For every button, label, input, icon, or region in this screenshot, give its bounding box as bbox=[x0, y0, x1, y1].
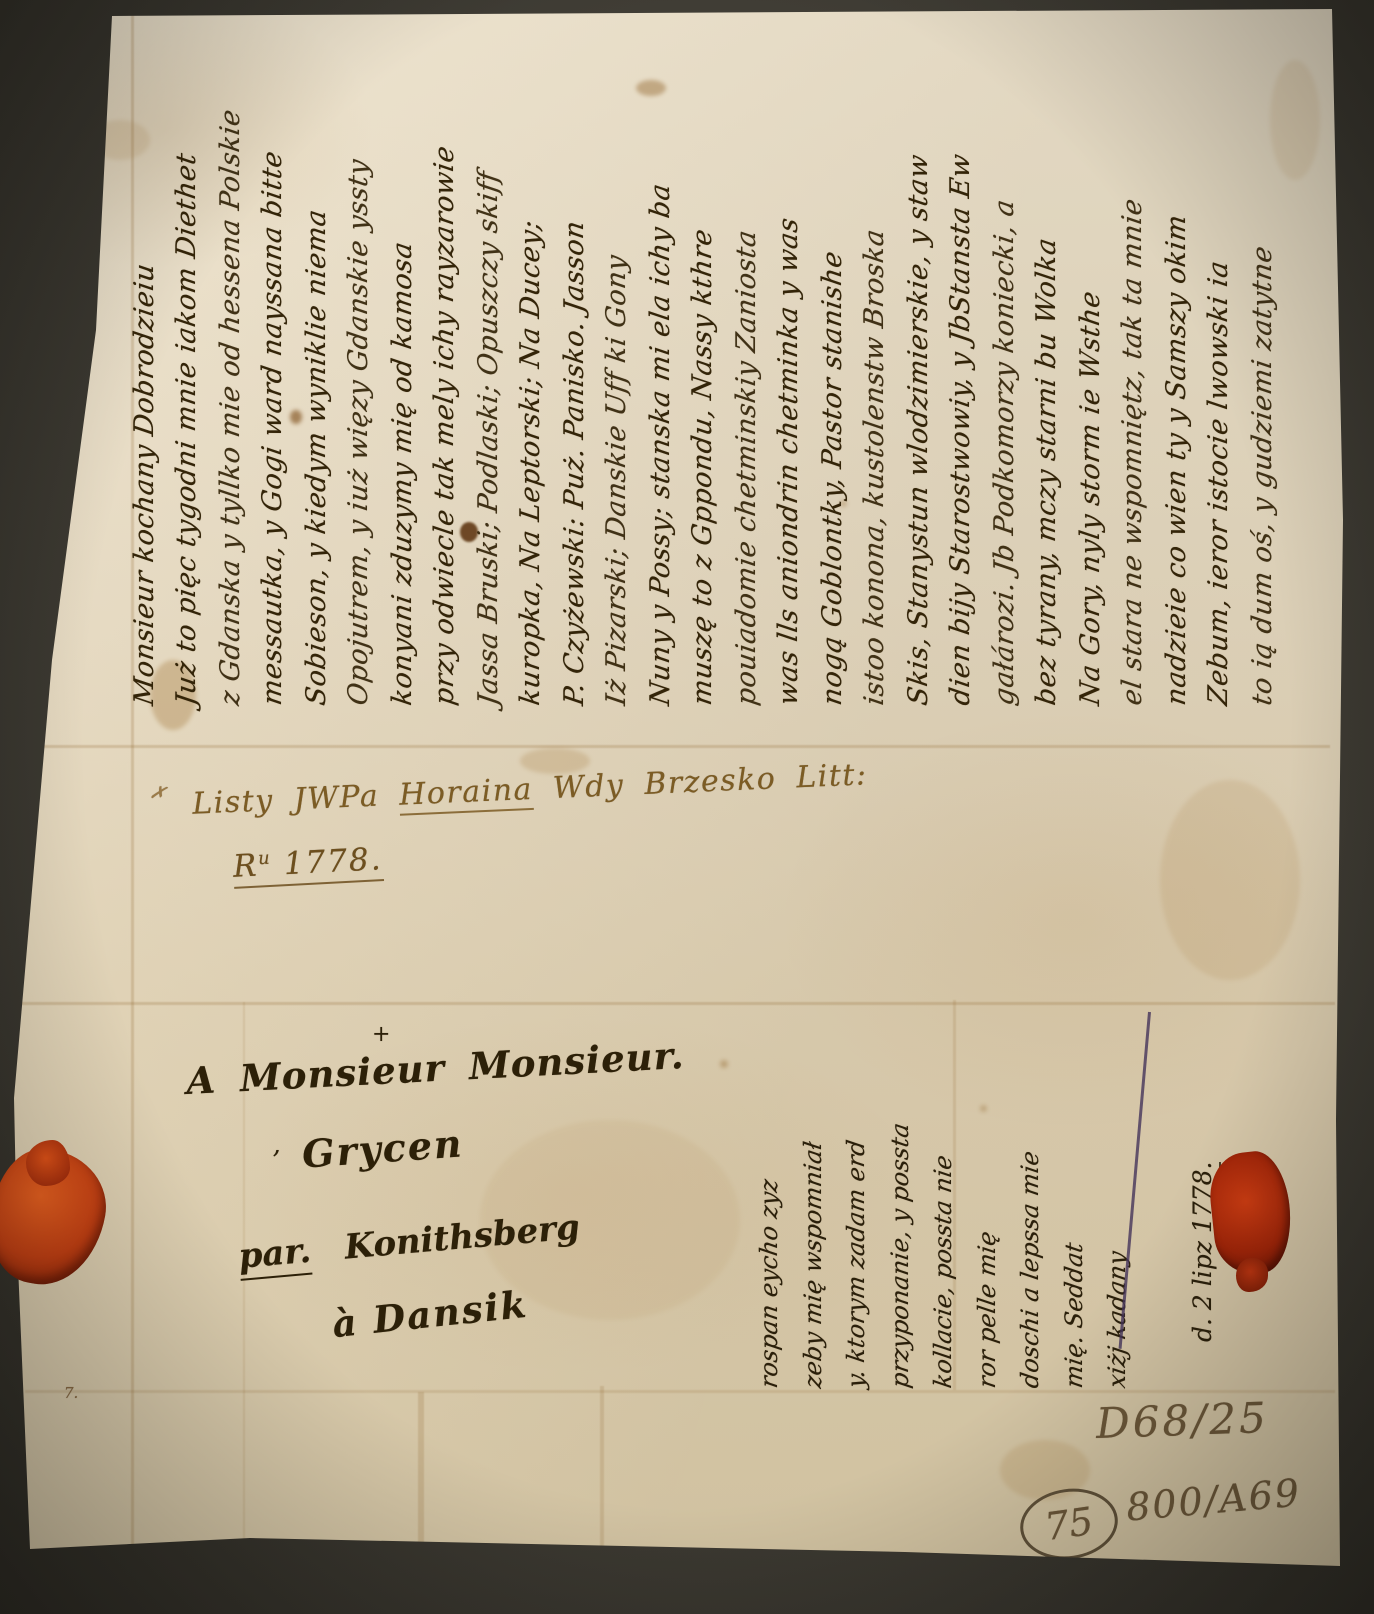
letter-paper: Monsieur kochany DobrodzieiuJuż to pięc … bbox=[0, 0, 1374, 1614]
main-text-block: Monsieur kochany DobrodzieiuJuż to pięc … bbox=[122, 13, 1285, 705]
address-par-label: par. bbox=[237, 1231, 313, 1281]
handwritten-line: Nuny y Possy; stanska mi ela ichy ba bbox=[639, 10, 682, 708]
fold-crease-streak bbox=[600, 1386, 604, 1561]
handwritten-line: przy odwiecle tak mely ichy rayzarowie bbox=[423, 10, 466, 708]
fold-crease-streak bbox=[418, 1392, 424, 1552]
handwritten-line: gałározi. Jb Podkomorzy koniecki, a bbox=[983, 10, 1026, 708]
handwritten-line: nadzieie co wien ty y Samszy okim bbox=[1155, 10, 1198, 708]
handwritten-line: kuropka, Na Leptorski; Na Ducey; bbox=[509, 10, 552, 708]
handwritten-line: z Gdanska y tyllko mie od hessena Polski… bbox=[209, 10, 252, 708]
stain bbox=[1160, 780, 1300, 980]
handwritten-line: ror pelle mię bbox=[966, 1017, 1010, 1391]
handwritten-line: Opojutrem, y iuż więzy Gdanskie yssty bbox=[337, 10, 380, 708]
handwritten-line: P. Czyżewski: Puż. Panisko. Jasson bbox=[553, 10, 596, 708]
handwritten-line: muszę to z Gppondu, Nassy kthre bbox=[681, 10, 724, 708]
handwritten-line: Na Gory, nyly storm ie Wsthe bbox=[1069, 10, 1112, 708]
fold-crease-horizontal bbox=[30, 745, 1330, 748]
handwritten-line: was lls aniondrin chetminka y was bbox=[767, 10, 810, 708]
handwritten-line: Sobieson, y kiedym wyniklie niema bbox=[295, 10, 338, 708]
wax-seal-left-fragment bbox=[26, 1140, 70, 1186]
handwritten-line: pouiadomie chetminskiy Zaniosta bbox=[725, 10, 768, 708]
docket-year-line: Ru 1778. bbox=[232, 841, 383, 885]
foxing-spot bbox=[720, 1060, 728, 1068]
handwritten-line: Już to pięc tygodni mnie iakom Diethet bbox=[165, 10, 208, 708]
docket-year-r: R bbox=[232, 848, 259, 885]
handwritten-line: Zebum, ieror istocie lwowski ia bbox=[1197, 10, 1240, 708]
handwritten-line: kollacie, possta nie bbox=[922, 1017, 966, 1391]
circled-number-value: 75 bbox=[1042, 1499, 1096, 1549]
postscript-block: rospan eycho zyzzeby mię wspomniały. kto… bbox=[748, 1020, 1140, 1388]
handwritten-line: bez tyrany, mczy starni bu Wolka bbox=[1025, 10, 1068, 708]
docket-year-sup: u bbox=[258, 848, 273, 870]
handwritten-line: istoo konona, kustolenstw Broska bbox=[853, 10, 896, 708]
handwritten-line: dien bijy Starostwowiy, y JbStansta Ew bbox=[939, 10, 982, 708]
handwritten-line: Jassa Bruski; Podlaski; Opuszczy skiff bbox=[467, 10, 510, 708]
handwritten-line: zeby mię wspomniał bbox=[792, 1017, 836, 1391]
corner-mark: 7. bbox=[64, 1384, 78, 1402]
fold-crease-horizontal bbox=[20, 1002, 1335, 1005]
handwritten-line: messautka, y Gogi ward nayssana bitte bbox=[251, 10, 294, 708]
handwritten-line: Iż Pizarski; Danskie Uff ki Gony bbox=[595, 10, 638, 708]
postscript-date-prefix: d. 2 lipz bbox=[1188, 1233, 1217, 1342]
address-cross-mark: + bbox=[372, 1022, 390, 1047]
handwritten-line: rospan eycho zyz bbox=[748, 1017, 792, 1391]
archival-shelf-mark: D68/25 bbox=[1095, 1393, 1269, 1448]
handwritten-line: Skis, Stanystun wlodzimierskie, y staw bbox=[897, 10, 940, 708]
handwritten-line: doschi a lepssa mie bbox=[1009, 1017, 1053, 1391]
docket-name-underlined: Horaina bbox=[398, 772, 533, 816]
handwritten-line: y. ktorym zadam erd bbox=[835, 1017, 879, 1391]
address-apostrophe: ’ bbox=[272, 1146, 280, 1176]
handwritten-line: el stara ne wspomniętz, tak ta mnie bbox=[1111, 10, 1154, 708]
handwritten-line: mię. Seddat bbox=[1053, 1017, 1097, 1391]
handwritten-line: nogą Goblontky, Pastor stanishe bbox=[811, 10, 854, 708]
handwritten-line: przyponanie, y possta bbox=[879, 1017, 923, 1391]
handwritten-line: Monsieur kochany Dobrodzieiu bbox=[123, 10, 166, 708]
handwritten-line: konyani zduzymy mię od kamosa bbox=[381, 10, 424, 708]
docket-year-num: 1778. bbox=[283, 841, 383, 882]
handwritten-line: to ią dum oś, y gudziemi zatytne bbox=[1241, 10, 1284, 708]
